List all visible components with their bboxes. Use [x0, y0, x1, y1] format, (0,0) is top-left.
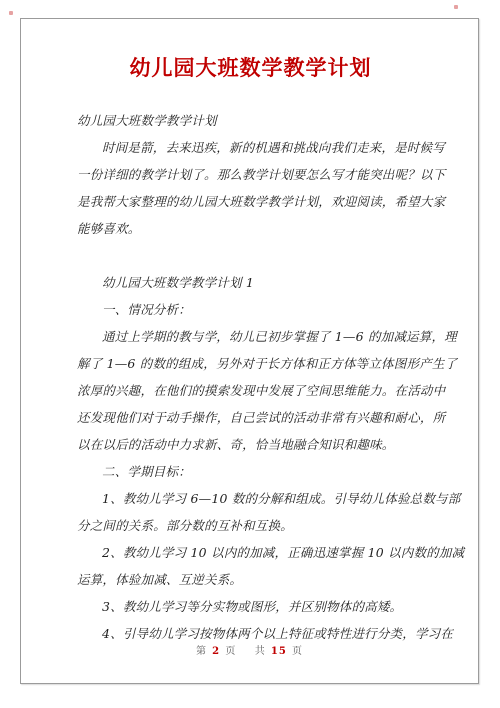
text-line: 2、教幼儿学习 10 以内的加减，正确迅速掌握 10 以内数的加减 — [77, 539, 424, 566]
text-line: 二、学期目标： — [77, 458, 424, 485]
text-line: 3、教幼儿学习等分实物或图形，并区别物体的高矮。 — [77, 593, 424, 620]
text-line: 能够喜欢。 — [77, 215, 424, 242]
footer-page-label-2: 页 — [292, 646, 303, 657]
text-line: 分之间的关系。部分数的互补和互换。 — [77, 512, 424, 539]
corner-mark-left — [9, 11, 13, 15]
text-line: 以在以后的活动中力求新、奇，恰当地融合知识和趣味。 — [77, 431, 424, 458]
document-title: 幼儿园大班数学教学计划 — [77, 53, 424, 83]
text-line: 幼儿园大班数学教学计划 1 — [77, 269, 424, 296]
text-line: 一、情况分析： — [77, 296, 424, 323]
corner-mark-right — [454, 5, 458, 9]
text-line: 是我帮大家整理的幼儿园大班数学教学计划，欢迎阅读，希望大家 — [77, 188, 424, 215]
text-line: 时间是箭，去来迅疾，新的机遇和挑战向我们走来，是时候写 — [77, 134, 424, 161]
text-line: 浓厚的兴趣，在他们的摸索发现中发展了空间思维能力。在活动中 — [77, 377, 424, 404]
footer-current-page: 2 — [211, 646, 221, 657]
text-line: 运算，体验加减、互逆关系。 — [77, 566, 424, 593]
text-line: 1、教幼儿学习 6—10 数的分解和组成。引导幼儿体验总数与部 — [77, 485, 424, 512]
text-line: 4、引导幼儿学习按物体两个以上特征或特性进行分类，学习在 — [77, 620, 424, 647]
page-border: 幼儿园大班数学教学计划 幼儿园大班数学教学计划时间是箭，去来迅疾，新的机遇和挑战… — [20, 18, 479, 684]
text-line: 解了 1—6 的数的组成，另外对于长方体和正方体等立体图形产生了 — [77, 350, 424, 377]
footer-prefix-label: 第 — [196, 646, 207, 657]
page-footer: 第 2 页 共 15 页 — [21, 645, 478, 659]
footer-total-pages: 15 — [270, 646, 288, 657]
document-body: 幼儿园大班数学教学计划时间是箭，去来迅疾，新的机遇和挑战向我们走来，是时候写一份… — [77, 107, 424, 647]
footer-total-label: 共 — [255, 646, 266, 657]
text-line: 还发现他们对于动手操作，自己尝试的活动非常有兴趣和耐心，所 — [77, 404, 424, 431]
document-page: 幼儿园大班数学教学计划 幼儿园大班数学教学计划时间是箭，去来迅疾，新的机遇和挑战… — [0, 0, 500, 708]
text-line: 幼儿园大班数学教学计划 — [77, 107, 424, 134]
text-line — [77, 242, 424, 269]
text-line: 一份详细的教学计划了。那么教学计划要怎么写才能突出呢？以下 — [77, 161, 424, 188]
footer-page-label: 页 — [225, 646, 236, 657]
text-line: 通过上学期的教与学，幼儿已初步掌握了 1—6 的加减运算，理 — [77, 323, 424, 350]
